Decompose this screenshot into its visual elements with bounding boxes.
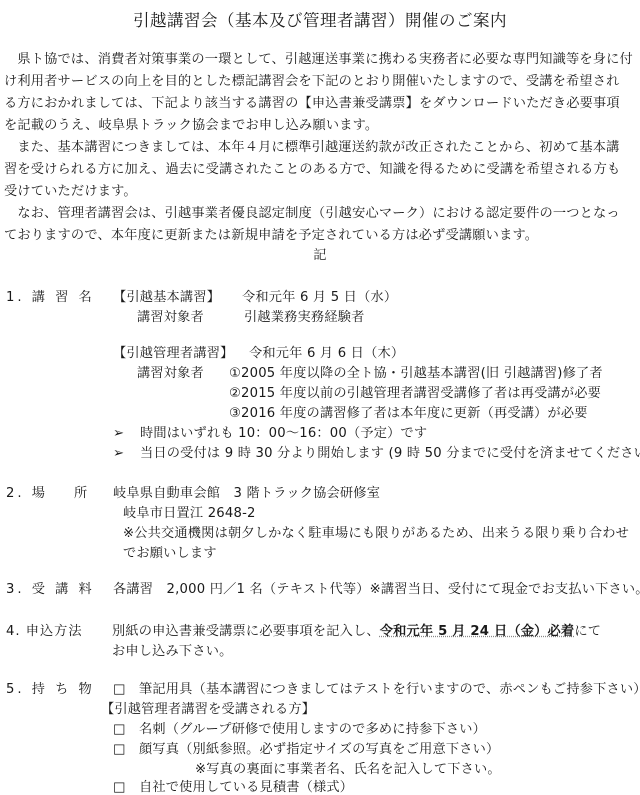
belonging-item: 筆記用具（基本講習につきましてはテストを行いますので、赤ペンもご持参下さい） bbox=[139, 680, 640, 700]
ki-heading: 記 bbox=[0, 246, 640, 266]
venue-name: 岐阜県自動車会館 3 階トラック協会研修室 bbox=[113, 484, 380, 504]
intro-line: なお、管理者講習会は、引越事業者優良認定制度（引越安心マーク）における認定要件の… bbox=[4, 204, 620, 224]
intro-line: を記載のうえ、岐阜県トラック協会までお申し込み願います。 bbox=[4, 116, 378, 136]
bullet-icon: ➢ bbox=[113, 444, 124, 464]
target-label: 講習対象者 bbox=[137, 308, 204, 328]
manager-target: ①2005 年度以降の全ト協・引越基本講習(旧 引越講習)修了者 bbox=[229, 364, 603, 384]
venue-address: 岐阜市日置江 2648-2 bbox=[123, 504, 256, 524]
section-label: 3. 受 講 料 bbox=[6, 580, 95, 600]
section-label: 5. 持 ち 物 bbox=[6, 680, 95, 700]
reception-note: 当日の受付は 9 時 30 分より開始します (9 時 50 分までに受付を済ま… bbox=[140, 444, 640, 464]
target-label: 講習対象者 bbox=[137, 364, 204, 384]
manager-heading: 【引越管理者講習を受講される方】 bbox=[101, 700, 315, 720]
application-line-2: お申し込み下さい。 bbox=[112, 642, 233, 662]
intro-line: ておりますので、本年度に更新または新規申請を予定されている方は必ず受講願います。 bbox=[4, 226, 538, 246]
section-label: 1. 講 習 名 bbox=[6, 288, 95, 308]
section-label: 4. 申込方法 bbox=[6, 622, 83, 642]
fee-text: 各講習 2,000 円／1 名（テキスト代等）※講習当日、受付にて現金でお支払い… bbox=[113, 580, 640, 600]
application-line: 別紙の申込書兼受講票に必要事項を記入し、令和元年 5 月 24 日（金）必着にて bbox=[112, 622, 601, 642]
page-title: 引越講習会（基本及び管理者講習）開催のご案内 bbox=[0, 10, 640, 32]
manager-target: ③2016 年度の講習修了者は本年度に更新（再受講）が必要 bbox=[229, 404, 588, 424]
manager-target: ②2015 年度以前の引越管理者講習受講修了者は再受講が必要 bbox=[229, 384, 601, 404]
intro-line: 受けていただけます。 bbox=[4, 182, 137, 202]
checkbox-icon: □ bbox=[113, 720, 126, 740]
basic-course-name: 【引越基本講習】 bbox=[113, 288, 220, 308]
intro-line: る方におかれましては、下記より該当する講習の【申込書兼受講票】をダウンロードいた… bbox=[4, 94, 620, 114]
checkbox-icon: □ bbox=[113, 740, 126, 760]
intro-line: 県ト協では、消費者対策事業の一環として、引越運送事業に携わる実務者に必要な専門知… bbox=[4, 50, 633, 70]
photo-note: ※写真の裏面に事業者名、氏名を記入して下さい。 bbox=[195, 760, 501, 780]
bullet-icon: ➢ bbox=[113, 424, 124, 444]
intro-line: け利用者サービスの向上を目的とした標記講習会を下記のとおり開催いたしますので、受… bbox=[4, 72, 620, 92]
section-label: 2. 場 bbox=[6, 484, 48, 504]
checkbox-icon: □ bbox=[113, 778, 126, 795]
basic-target: 引越業務実務経験者 bbox=[244, 308, 365, 328]
belonging-item: 自社で使用している見積書（様式） bbox=[139, 778, 353, 795]
section-label-end: 所 bbox=[74, 484, 87, 504]
deadline: 令和元年 5 月 24 日（金）必着 bbox=[380, 624, 575, 639]
venue-note: でお願いします bbox=[123, 544, 217, 564]
belonging-item: 名刺（グループ研修で使用しますので多めに持参下さい） bbox=[139, 720, 486, 740]
time-note: 時間はいずれも 10：00～16：00（予定）です bbox=[140, 424, 427, 444]
venue-note: ※公共交通機関は朝夕しかなく駐車場にも限りがあるため、出来うる限り乗り合わせ bbox=[123, 524, 629, 544]
intro-line: 習を受けられる方に加え、過去に受講されたことのある方で、知識を得るために受講を希… bbox=[4, 160, 620, 180]
manager-course-date: 令和元年 6 月 6 日（木） bbox=[249, 344, 404, 364]
application-text: 別紙の申込書兼受講票に必要事項を記入し、 bbox=[112, 624, 380, 639]
belonging-item: 顔写真（別紙参照。必ず指定サイズの写真をご用意下さい） bbox=[139, 740, 499, 760]
application-text-end: にて bbox=[574, 624, 601, 639]
manager-course-name: 【引越管理者講習】 bbox=[113, 344, 234, 364]
basic-course-date: 令和元年 6 月 5 日（水） bbox=[242, 288, 397, 308]
checkbox-icon: □ bbox=[113, 680, 126, 700]
intro-line: また、基本講習につきましては、本年４月に標準引越運送約款が改正されたことから、初… bbox=[4, 138, 620, 158]
